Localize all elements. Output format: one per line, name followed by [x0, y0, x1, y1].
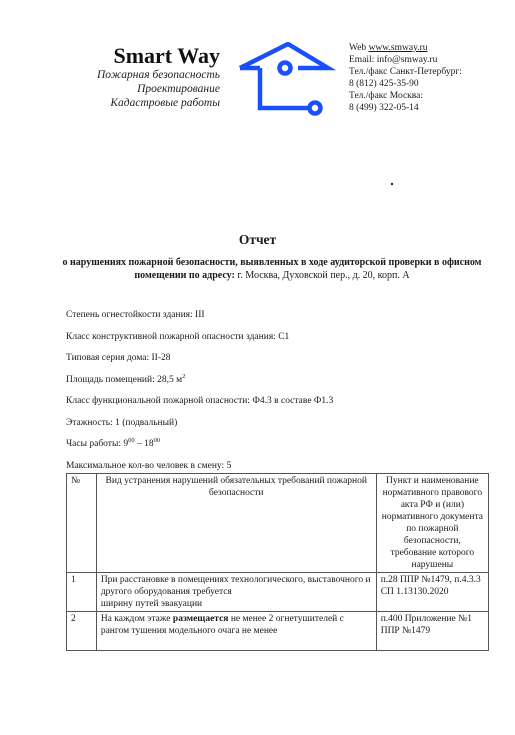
param-hours: Часы работы: 900 – 1800 [66, 438, 333, 460]
header-num: № [67, 474, 97, 573]
contact-msk-phone: 8 (499) 322-05-14 [349, 102, 462, 114]
contacts-block: Web www.smway.ru Email: info@smway.ru Те… [349, 42, 462, 114]
param-functional-class: Класс функциональной пожарной опасности:… [66, 395, 333, 417]
row-reference: п.28 ППР №1479, п.4.3.3 СП 1.13130.2020 [376, 573, 488, 612]
brand-block: Smart Way Пожарная безопасность Проектир… [60, 44, 220, 110]
header-violation: Вид устранения нарушений обязательных тр… [96, 474, 376, 573]
row-reference: п.400 Приложение №1 ППР №1479 [376, 612, 488, 651]
row-num: 1 [67, 573, 97, 612]
contact-email: Email: info@smway.ru [349, 54, 462, 66]
website-link[interactable]: www.smway.ru [369, 43, 428, 53]
param-area: Площадь помещений: 28,5 м2 [66, 374, 333, 396]
building-params: Степень огнестойкости здания: III Класс … [66, 309, 333, 481]
table-header-row: № Вид устранения нарушений обязательных … [67, 474, 489, 573]
brand-tagline-design: Проектирование [60, 82, 220, 96]
contact-msk-label: Тел./факс Москва: [349, 90, 462, 102]
param-floors: Этажность: 1 (подвальный) [66, 417, 333, 439]
brand-tagline-fire-safety: Пожарная безопасность [60, 68, 220, 82]
row-text: На каждом этаже размещается не менее 2 о… [96, 612, 376, 651]
param-series: Типовая серия дома: II-28 [66, 352, 333, 374]
brand-name: Smart Way [60, 44, 220, 68]
row-num: 2 [67, 612, 97, 651]
contact-web: Web www.smway.ru [349, 42, 462, 54]
report-subtitle: о нарушениях пожарной безопасности, выяв… [62, 256, 482, 282]
row-text: При расстановке в помещениях технологиче… [96, 573, 376, 612]
contact-spb-phone: 8 (812) 425-35-90 [349, 78, 462, 90]
header-reference: Пункт и наименование нормативного правов… [376, 474, 488, 573]
contact-spb-label: Тел./факс Санкт-Петербург: [349, 66, 462, 78]
table-row: 1 При расстановке в помещениях технологи… [67, 573, 489, 612]
violations-table: № Вид устранения нарушений обязательных … [66, 473, 489, 651]
report-title: Отчет [0, 232, 515, 248]
param-fire-resistance: Степень огнестойкости здания: III [66, 309, 333, 331]
report-address: г. Москва, Духовской пер., д. 20, корп. … [235, 270, 410, 281]
house-circuit-icon [238, 42, 338, 124]
brand-tagline-cadastral: Кадастровые работы [60, 96, 220, 110]
param-constructive-class: Класс конструктивной пожарной опасности … [66, 331, 333, 353]
table-row: 2 На каждом этаже размещается не менее 2… [67, 612, 489, 651]
stray-dot [391, 183, 393, 185]
